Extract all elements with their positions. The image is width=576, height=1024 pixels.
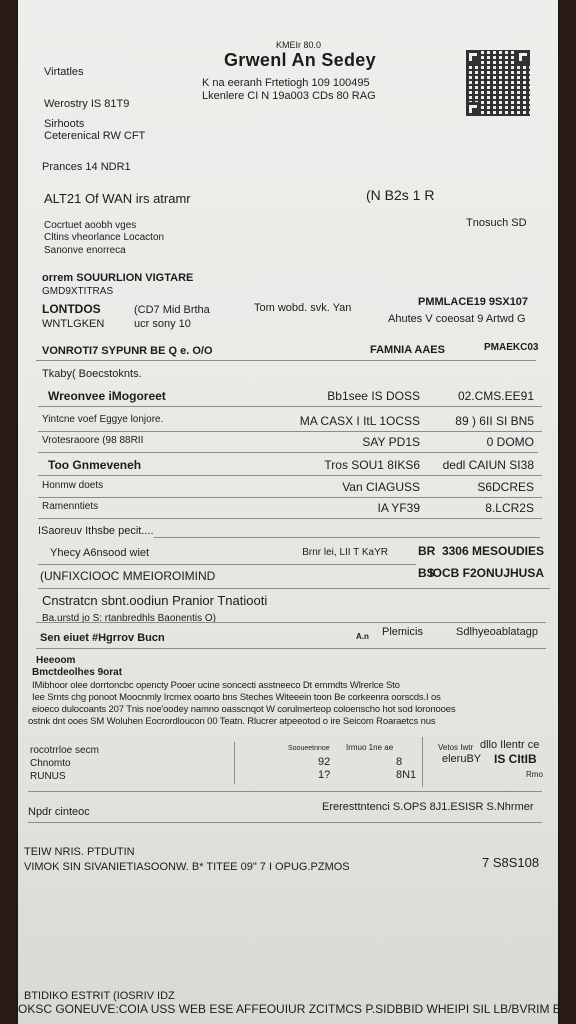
divider	[36, 622, 546, 623]
row-label: Yhecy A6nsood wiet	[50, 547, 149, 559]
summary-col-a-value: 1?	[318, 769, 330, 781]
row-label: (UNFIXCIOOC MMEIOROIMIND	[40, 569, 215, 583]
details-col4-value: Ahutes V coeosat 9 Artwd G	[388, 313, 526, 325]
summary-left-line: rocotrrloe secm	[30, 745, 99, 756]
row-code: BR	[418, 544, 435, 558]
info-label-2: Werostry IS 81T9	[44, 98, 129, 110]
divider	[234, 742, 235, 784]
row-right: dedl CAIUN SI38	[443, 458, 534, 472]
summary-col-b-value: 8	[396, 756, 402, 768]
divider	[38, 406, 542, 407]
terms-heading: Bmctdeolhes 9orat	[32, 667, 122, 678]
row-label: Ramenntiets	[42, 501, 98, 512]
terms-line: ostnk dnt ooes SM Woluhen Eocrordloucon …	[28, 716, 435, 727]
details-col4-label: PMMLACE19 9SX107	[418, 296, 528, 308]
summary-col-a-value: 92	[318, 756, 330, 768]
account-sub-2: Cltins vheorlance Locacton	[44, 232, 164, 243]
details-subheading: GMD9XTITRAS	[42, 286, 113, 297]
info-label-1: Virtatles	[44, 66, 84, 78]
document-title: Grwenl An Sedey	[224, 50, 376, 71]
footer-line-2: VIMOK SIN SIVANIETIASOONW. B* TITEE 09" …	[24, 861, 350, 873]
divider	[28, 822, 542, 823]
row-label: Vrotesraoore (98 88RII	[42, 435, 143, 446]
details-col3-label: Tom wobd. svk. Yan	[254, 302, 351, 314]
details-col2-value: ucr sony 10	[134, 318, 191, 330]
address-line-1: K na eeranh Frtetiogh 109 100495	[202, 77, 370, 89]
qr-code	[466, 50, 530, 116]
total-label: Npdr cinteoc	[28, 806, 90, 818]
row-label: Too Gnmeveneh	[48, 458, 141, 472]
row-label: Honmw doets	[42, 480, 103, 491]
info-label-4: Ceterenical RW CFT	[44, 130, 145, 142]
footer-line-1: TEIW NRIS. PTDUTIN	[24, 846, 135, 858]
divider	[36, 648, 546, 649]
total-value: Ereresttntenci S.OPS 8J1.ESISR S.Nhrmer	[322, 801, 534, 813]
divider	[422, 737, 423, 787]
row-mid: Bb1see IS DOSS	[327, 389, 420, 403]
row-right: IOCB F2ONUJHUSA	[429, 566, 544, 580]
divider	[28, 791, 542, 792]
summary-col-a-header: Sooueetnnoe	[288, 745, 330, 752]
notice-heading: Cnstratcn sbnt.oodiun Pranior Tnatiooti	[42, 593, 267, 608]
details-col2-label: (CD7 Mid Brtha	[134, 304, 210, 316]
info-label-5: Prances 14 NDR1	[42, 161, 131, 173]
notice-row-label: Sen eiuet #Hgrrov Bucn	[40, 632, 165, 644]
row-right: 8.LCR2S	[485, 501, 534, 515]
row-right: 3306 MESOUDIES	[442, 544, 544, 558]
terms-line: Iee Srnts chg ponoot Moocnmly Ircmex ooa…	[32, 692, 441, 703]
notice-row-mid: Plemicis	[382, 626, 423, 638]
details-col1-value: WNTLGKEN	[42, 318, 104, 330]
bottom-line-1: BTIDIKO ESTRIT (IOSRIV IDZ	[24, 990, 175, 1002]
divider	[38, 518, 542, 519]
subtotal-label: ISaoreuv Ithsbe pecit....	[38, 525, 154, 537]
row-mid: MA CASX I ItL 1OCSS	[300, 414, 420, 428]
account-right-label: Tnosuch SD	[466, 217, 527, 229]
table-header-right: PMAEKC03	[484, 342, 538, 353]
table-header-mid: FAMNIA AAES	[370, 344, 445, 356]
summary-right-header: dllo Ilentr ce	[480, 739, 539, 751]
receipt-paper: KMEIr 80.0 Grwenl An Sedey K na eeranh F…	[18, 0, 558, 1024]
row-label: Wreonvee iMogoreet	[48, 389, 166, 403]
address-line-2: Lkenlere CI N 19a003 CDs 80 RAG	[202, 90, 376, 102]
table-group-label: Tkaby( Boecstoknts.	[42, 368, 142, 380]
terms-label: Heeoom	[36, 655, 75, 666]
terms-line: eioeco dulocoants 207 Tnis noe'oodey nam…	[32, 704, 455, 715]
details-col1-label: LONTDOS	[42, 302, 101, 316]
header-kicker: KMEIr 80.0	[276, 40, 321, 50]
bottom-line-2: OKSC GONEUVE:COIA USS WEB ESE AFFEOUIUR …	[18, 1002, 576, 1016]
account-sub-3: Sanonve enorreca	[44, 245, 126, 256]
info-label-3: Sirhoots	[44, 118, 84, 130]
summary-left-line: Chnomto	[30, 758, 71, 769]
divider	[36, 360, 536, 361]
summary-left-line: RUNUS	[30, 771, 66, 782]
row-right: 0 DOMO	[487, 435, 534, 449]
row-mid: Tros SOU1 8IKS6	[324, 458, 420, 472]
account-heading: ALT21 Of WAN irs atramr	[44, 191, 191, 206]
row-right: 02.CMS.EE91	[458, 389, 534, 403]
row-mid: Brnr lei, LII T KaYR	[302, 547, 388, 558]
footer-amount: 7 S8S108	[482, 855, 539, 870]
divider	[38, 588, 550, 589]
row-mid: SAY PD1S	[362, 435, 420, 449]
summary-col-b-value: 8N1	[396, 769, 416, 781]
divider	[38, 475, 542, 476]
details-heading: orrem SOUURLION VIGTARE	[42, 272, 193, 284]
summary-right-small: Rmo	[526, 770, 543, 779]
divider	[38, 564, 416, 565]
summary-col-b-header: Irmuo 1ne ae	[346, 743, 393, 752]
row-mid: IA YF39	[378, 501, 420, 515]
summary-right-value-label: eleruBY	[442, 753, 481, 765]
row-right: 89 ) 6II SI BN5	[455, 414, 534, 428]
terms-line: IMibhoor olee dorrtoncbc opencty Pooer u…	[32, 680, 400, 691]
divider	[154, 537, 540, 538]
account-code: (N B2s 1 R	[366, 187, 434, 203]
row-right: S6DCRES	[477, 480, 534, 494]
divider	[38, 431, 542, 432]
divider	[38, 497, 542, 498]
summary-right-value: IS CItIB	[494, 752, 537, 766]
divider	[38, 452, 538, 453]
summary-right-header-small: Vetos Iwtr	[438, 743, 473, 752]
account-sub-1: Cocrtuet aoobh vges	[44, 220, 136, 231]
notice-row-mid-small: A.n	[356, 632, 369, 641]
notice-row-right: Sdlhyeoablatagp	[456, 626, 538, 638]
row-label: Yintcne voef Eggye lonjore.	[42, 414, 163, 425]
row-mid: Van CIAGUSS	[342, 480, 420, 494]
table-header-left: VONROTI7 SYPUNR BE Q e. O/O	[42, 345, 213, 357]
